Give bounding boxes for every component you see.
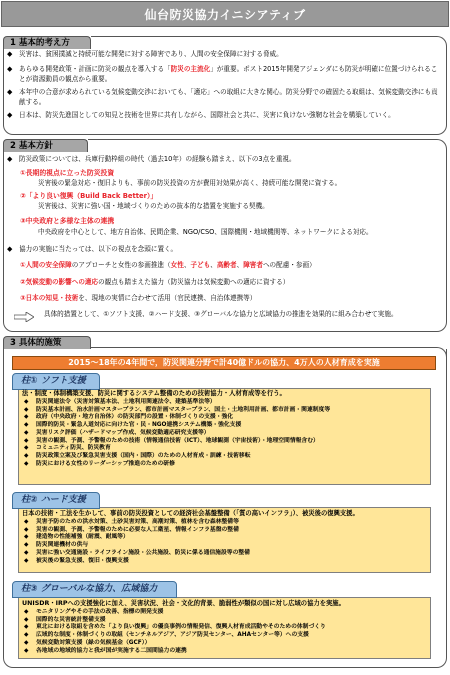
viewpoint-1: ①人間の安全保障のアプローチと女性の参画推進（女性、子ども、高齢者、障害者への配… [20, 261, 316, 270]
list-item: ◆災害予防のための洪水対策、土砂災害対策、高潮対策、植林を含む森林整備等 [24, 519, 250, 527]
bullet-icon: ◆ [24, 624, 36, 632]
bullet-icon: ◆ [24, 399, 36, 407]
list-item: ◆国際的防災・緊急人道対応に向けた官・民・NGO連携システム構築・強化支援 [24, 422, 330, 430]
list-item-text: 防災関連機材の供与 [36, 542, 88, 548]
basic-bullet-1-text: 災害は、貧困撲滅と持続可能な開発に対する障害であり、人間の安全保障に対する脅威。 [7, 50, 437, 60]
page-title: 仙台防災協力イニシアティブ [144, 6, 305, 23]
bullet-icon: ◆ [24, 609, 36, 617]
bullet-icon: ◆ [24, 534, 36, 542]
section-1-corner [435, 36, 447, 50]
list-item: ◆被災後の緊急支援、復旧・復興支援 [24, 558, 250, 566]
policy-intro-1-text: 防災政策については、兵庫行動枠組の時代（過去10年）の経験も踏まえ、以下の3点を… [7, 155, 437, 165]
list-item-text: 防災関連法令（災害対策基本法、土地利用関連法令、建築基準法等） [36, 399, 216, 405]
list-item-text: 災害に強い交通施設・ライフライン施設・公共施設、防災に係る通信施設等の整備 [36, 550, 250, 556]
policy-point-2-text: 災害後は、災害に強い国・地域づくりのための抜本的な措置を実施する契機。 [38, 202, 269, 211]
list-item: ◆各地域の地域的協力と我が国が実施する二国間協力の連携 [24, 648, 326, 656]
right-arrow-icon [14, 312, 34, 322]
text-span: 子ども [190, 261, 210, 269]
bullet-icon: ◆ [24, 414, 36, 422]
text-span: 障害者 [243, 261, 263, 269]
list-item-text: 国際的な災害統計整備支援 [36, 617, 106, 623]
text-span: を、現地の実情に合わせて活用（官民連携、自治体連携等） [78, 294, 256, 302]
bullet-icon: ◆ [24, 422, 36, 430]
bullet-icon: ◆ [7, 155, 12, 165]
viewpoint-3: ③日本の知見・技術を、現地の実情に合わせて活用（官民連携、自治体連携等） [20, 294, 256, 303]
highlight-mainstreaming: 防災の主流化 [171, 65, 211, 73]
text-span: 高齢者 [217, 261, 237, 269]
list-item-text: 災害の観測、予測、予警報のために必要な人工衛星、情報インフラ基盤の整備 [36, 527, 239, 533]
bullet-icon: ◆ [24, 558, 36, 566]
list-item-text: 災害の観測、予測、予警報のための技術（情報通信技術（ICT）、地球観測（宇宙技術… [36, 438, 319, 444]
policy-conclusion: 具体的措置として、①ソフト支援、②ハード支援、③グローバルな協力と広域協力の推進… [44, 309, 436, 319]
bullet-icon: ◆ [24, 617, 36, 625]
list-item: ◆災害に強い交通施設・ライフライン施設・公共施設、防災に係る通信施設等の整備 [24, 550, 250, 558]
list-item-text: 東北における取組を含めた「より良い復興」の優良事例の情報発信、復興人材育成活動や… [36, 624, 326, 630]
bullet-icon: ◆ [24, 430, 36, 438]
bullet-icon: ◆ [24, 519, 36, 527]
basic-bullet-3-text: 本年中の合意が求められている気候変動交渉においても、「適応」への取組に大きな関心… [7, 88, 439, 107]
list-item-text: 災害リスク評価（ハザードマップ作成、気候変動適応研究支援等） [36, 430, 210, 436]
list-item: ◆コミュニティ防災、防災教育 [24, 445, 330, 453]
section-3-label: 3 具体的施策 [10, 338, 61, 348]
bullet-icon: ◆ [24, 453, 36, 461]
bullet-icon: ◆ [24, 461, 36, 469]
text-span: 、 [210, 261, 217, 269]
basic-bullet-4: ◆日本は、防災先進国としての知見と技術を世界に共有しながら、国際社会と共に、災害… [7, 111, 439, 121]
bullet-icon: ◆ [7, 50, 12, 60]
pillar-2-lead: 日本の技術・工法を生かして、事前の防災投資としての経済社会基盤整備（「質の高いイ… [22, 510, 359, 518]
policy-intro-2: ◆協力の実施に当たっては、以下の視点を念頭に置く。 [7, 245, 437, 255]
text-span: のアプローチと女性の参画推進（ [72, 261, 171, 269]
bullet-icon: ◆ [24, 438, 36, 446]
list-item-text: 政府（中央政府・地方自治体）の防災部門の設置・体制づくりの支援・強化 [36, 414, 233, 420]
list-item-text: 建造物の性能補強（耐震、耐風等） [36, 534, 129, 540]
text-span: ②気候変動の影響への適応 [20, 278, 98, 286]
basic-bullet-2-text: あらゆる開発政策・計画に防災の観点を導入する「防災の主流化」が重要。ポスト201… [7, 65, 439, 84]
bullet-icon: ◆ [24, 640, 36, 648]
policy-point-1-text: 災害後の緊急対応・復旧よりも、事前の防災投資の方が費用対効果が高く、持続可能な開… [38, 179, 341, 188]
list-item: ◆防災関連法令（災害対策基本法、土地利用関連法令、建築基準法等） [24, 399, 330, 407]
section-1-topline [91, 36, 436, 37]
bullet-icon: ◆ [7, 245, 12, 255]
text-span: あらゆる開発政策・計画に防災の観点を導入する「 [19, 65, 171, 73]
list-item-text: 各地域の地域的協力と我が国が実施する二国間協力の連携 [36, 648, 187, 654]
basic-bullet-4-text: 日本は、防災先進国としての知見と技術を世界に共有しながら、国際社会と共に、災害に… [7, 111, 439, 121]
bullet-icon: ◆ [24, 445, 36, 453]
text-span: ③日本の知見・技術 [20, 294, 78, 302]
section-3-topline [91, 347, 436, 348]
pillar-1-lead: 法・制度・体制構築支援、防災に関するシステム整備のための技術協力・人材育成等を行… [22, 390, 286, 398]
section-1-label: 1 基本的考え方 [10, 38, 70, 48]
list-item: ◆建造物の性能補強（耐震、耐風等） [24, 534, 250, 542]
policy-intro-2-text: 協力の実施に当たっては、以下の視点を念頭に置く。 [7, 245, 437, 255]
basic-bullet-3: ◆本年中の合意が求められている気候変動交渉においても、「適応」への取組に大きな関… [7, 88, 439, 107]
bullet-icon: ◆ [24, 648, 36, 656]
list-item-text: 被災後の緊急支援、復旧・復興支援 [36, 558, 129, 564]
funding-banner: 2015～18年の4年間で，防災関連分野で計40億ドルの協力、4万人の人材育成を… [12, 356, 436, 370]
list-item-text: 気候変動対策支援（緑の気候基金（GCF）） [36, 640, 150, 646]
text-span: の観点も踏まえた協力（防災協力は気候変動への適応に資する） [98, 278, 289, 286]
policy-point-3-text: 中央政府を中心として、地方自治体、民間企業、NGO/CSO、国際機関・地域機関等… [38, 228, 373, 237]
policy-point-1-title: ①長期的視点に立った防災投資 [20, 169, 114, 178]
list-item: ◆気候変動対策支援（緑の気候基金（GCF）） [24, 640, 326, 648]
list-item: ◆防災政策立案及び緊急災害支援（国内・国際）のための人材育成・訓練・技術移転 [24, 453, 330, 461]
list-item: ◆モニタリングやその手法の改善、指標の開発支援 [24, 609, 326, 617]
bullet-icon: ◆ [7, 88, 12, 98]
bullet-icon: ◆ [7, 111, 12, 121]
list-item-text: 広域的な制度・体制づくりの取組（センチネルアジア、アジア防災センター、AHAセン… [36, 632, 309, 638]
pillar-3-tab: 柱③ グローバルな協力、広域協力 [12, 581, 177, 598]
section-2-label: 2 基本方針 [10, 141, 53, 151]
text-span: 女性 [171, 261, 184, 269]
bullet-icon: ◆ [7, 65, 12, 75]
list-item-text: 災害予防のための洪水対策、土砂災害対策、高潮対策、植林を含む森林整備等 [36, 519, 239, 525]
list-item: ◆政府（中央政府・地方自治体）の防災部門の設置・体制づくりの支援・強化 [24, 414, 330, 422]
policy-intro-1: ◆防災政策については、兵庫行動枠組の時代（過去10年）の経験も踏まえ、以下の3点… [7, 155, 437, 165]
bullet-icon: ◆ [24, 527, 36, 535]
pillar-3-list: ◆モニタリングやその手法の改善、指標の開発支援 ◆国際的な災害統計整備支援 ◆東… [24, 609, 326, 655]
section-3-tab: 3 具体的施策 [3, 336, 91, 349]
section-1-tab: 1 基本的考え方 [3, 36, 91, 49]
list-item: ◆広域的な制度・体制づくりの取組（センチネルアジア、アジア防災センター、AHAセ… [24, 632, 326, 640]
list-item-text: コミュニティ防災、防災教育 [36, 445, 111, 451]
policy-point-3-title: ③中央政府と多様な主体の連携 [20, 217, 114, 226]
list-item: ◆防災関連機材の供与 [24, 542, 250, 550]
bullet-icon: ◆ [24, 632, 36, 640]
pillar-1-list: ◆防災関連法令（災害対策基本法、土地利用関連法令、建築基準法等） ◆防災基本計画… [24, 399, 330, 468]
list-item-text: モニタリングやその手法の改善、指標の開発支援 [36, 609, 163, 615]
text-span: ①人間の安全保障 [20, 261, 72, 269]
pillar-1-tab: 柱① ソフト支援 [12, 373, 100, 390]
bullet-icon: ◆ [24, 407, 36, 415]
list-item-text: 防災政策立案及び緊急災害支援（国内・国際）のための人材育成・訓練・技術移転 [36, 453, 251, 459]
basic-bullet-1: ◆災害は、貧困撲滅と持続可能な開発に対する障害であり、人間の安全保障に対する脅威… [7, 50, 437, 60]
list-item: ◆災害リスク評価（ハザードマップ作成、気候変動適応研究支援等） [24, 430, 330, 438]
basic-bullet-2: ◆あらゆる開発政策・計画に防災の観点を導入する「防災の主流化」が重要。ポスト20… [7, 65, 439, 84]
pillar-2-list: ◆災害予防のための洪水対策、土砂災害対策、高潮対策、植林を含む森林整備等 ◆災害… [24, 519, 250, 565]
list-item: ◆東北における取組を含めた「より良い復興」の優良事例の情報発信、復興人材育成活動… [24, 624, 326, 632]
list-item-text: 防災基本計画、治水計画マスタープラン、都市計画マスタープラン、国土・土地利用計画… [36, 407, 330, 413]
bullet-icon: ◆ [24, 542, 36, 550]
bullet-icon: ◆ [24, 550, 36, 558]
viewpoint-2: ②気候変動の影響への適応の観点も踏まえた協力（防災協力は気候変動への適応に資する… [20, 278, 289, 287]
section-2-corner [435, 139, 447, 153]
pillar-2-tab: 柱② ハード支援 [12, 492, 100, 509]
list-item-text: 国際的防災・緊急人道対応に向けた官・民・NGO連携システム構築・強化支援 [36, 422, 241, 428]
section-2-topline [88, 139, 436, 140]
section-2-tab: 2 基本方針 [3, 139, 88, 152]
text-span: への配慮・参画） [263, 261, 316, 269]
list-item-text: 防災における女性のリーダーシップ推進のための研修 [36, 461, 175, 467]
page-title-bar: 仙台防災協力イニシアティブ [1, 1, 449, 27]
pillar-3-lead: UNISDR・IRPへの支援強化に加え、災害状況、社会・文化的背景、脆弱性が類似… [22, 600, 345, 608]
list-item: ◆防災における女性のリーダーシップ推進のための研修 [24, 461, 330, 469]
policy-point-2-title: ②「より良い復興（Build Back Better）」 [20, 192, 157, 201]
